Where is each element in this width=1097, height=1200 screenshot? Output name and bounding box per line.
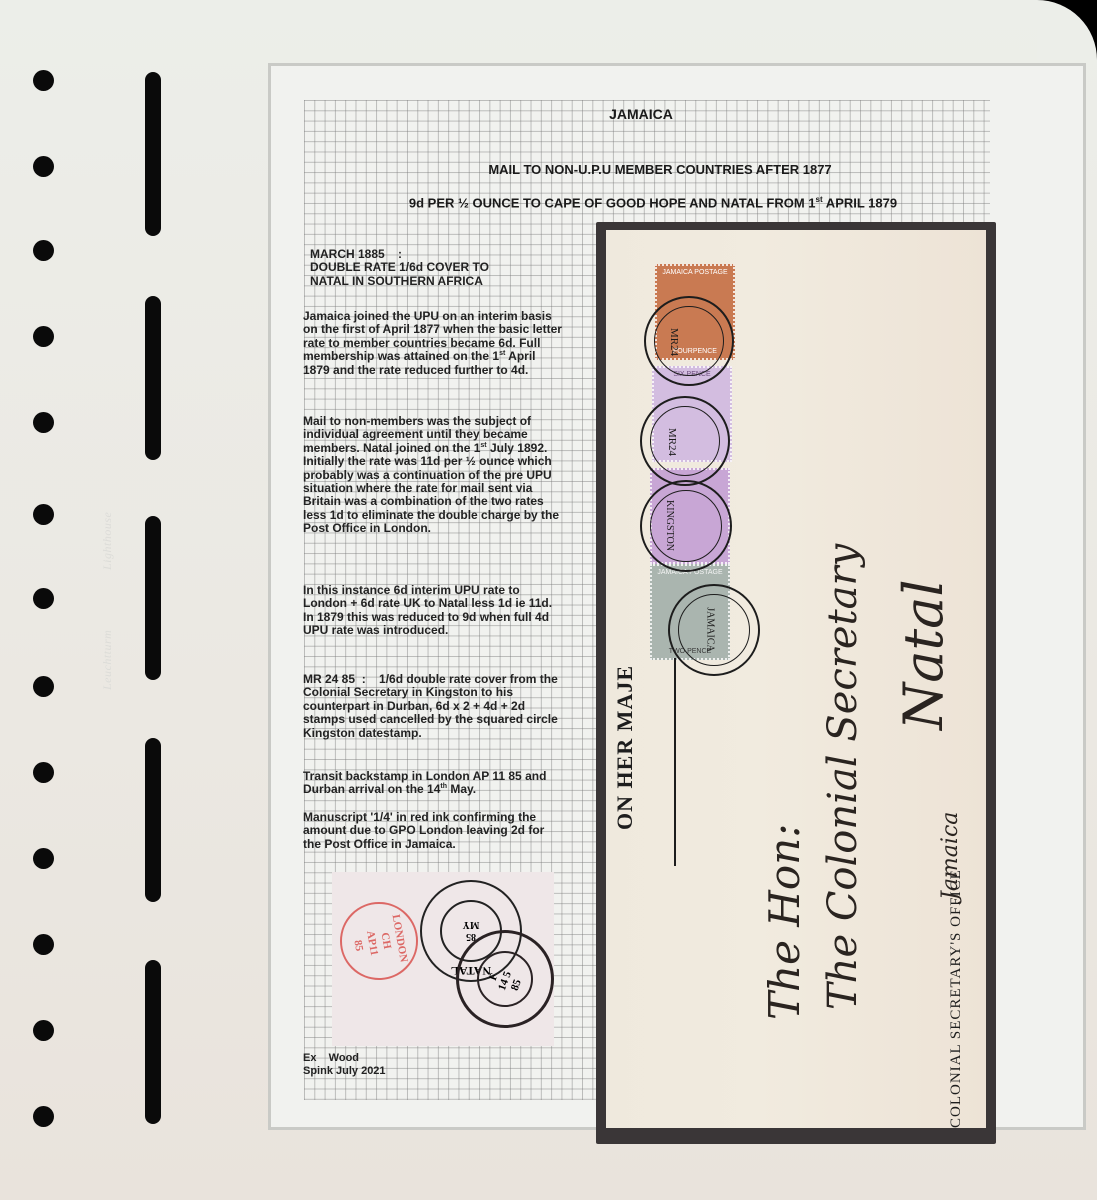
writeup-paragraph-rate: In this instance 6d interim UPU rate to … [303,584,563,638]
watermark-leuchtturm: Leuchtturm [100,630,115,690]
manuscript-address-line3: Natal [892,579,955,730]
para5-text: Transit backstamp in London AP 11 85 and… [303,769,546,796]
cover-imprint-colonial-secretary: COLONIAL SECRETARY'S OFFICE [948,869,965,1128]
binder-hole [33,326,54,347]
kingston-squared-circle-cancel: MR24 [644,296,734,386]
kingston-squared-circle-cancel: MR24 [640,396,730,486]
binder-hole [33,934,54,955]
natal-pm-month: MY [422,918,520,930]
manuscript-address-line1: The Hon: [760,824,809,1020]
binder-slot [145,72,161,236]
rate-title-sup: st [816,195,823,204]
imprint-rule [674,658,676,866]
writeup-heading-date: MARCH 1885 : [310,248,570,261]
rate-title-text-end: APRIL 1879 [823,195,897,210]
provenance: Ex Wood Spink July 2021 [303,1052,563,1078]
binder-hole [33,1106,54,1127]
binder-hole [33,848,54,869]
binder-slot [145,296,161,460]
writeup-heading-line2: DOUBLE RATE 1/6d COVER TO [310,261,570,274]
rate-title-text: 9d PER ½ OUNCE TO CAPE OF GOOD HOPE AND … [409,195,816,210]
binder-slot [145,516,161,680]
manuscript-sender: Jamaica [938,812,963,900]
binder-hole [33,240,54,261]
backstamp-photo: LONDON CH AP11 85 NATAL 85 MY F 14 5 85 [332,872,554,1046]
cover-imprint-ohms: ON HER MAJE [612,665,638,830]
page-corner [1037,0,1097,60]
album-page: Lighthouse Leuchtturm JAMAICA MAIL TO NO… [0,0,1097,1200]
binder-hole [33,762,54,783]
writeup-paragraph-transit: Transit backstamp in London AP 11 85 and… [303,770,563,797]
provenance-ex: Ex Wood [303,1052,563,1065]
writeup-paragraph-upu: Jamaica joined the UPU on an interim bas… [303,310,563,377]
para2-text-end: July 1892. Initially the rate was 11d pe… [303,441,559,535]
binder-hole [33,156,54,177]
para5-text-end: May. [447,782,476,796]
kingston-squared-circle-cancel: JAMAICA [668,584,760,676]
durban-arrival-postmark: F 14 5 85 [456,930,554,1028]
binder-hole [33,70,54,91]
section-title: MAIL TO NON-U.P.U MEMBER COUNTRIES AFTER… [251,162,1069,177]
kingston-squared-circle-cancel: KINGSTON [640,480,732,572]
para5-sup: th [440,783,447,790]
binder-hole [33,412,54,433]
binder-slot [145,738,161,902]
provenance-auction: Spink July 2021 [303,1065,563,1078]
london-transit-postmark: LONDON CH AP11 85 [340,902,418,980]
binder-hole [33,676,54,697]
binder-slot [145,960,161,1124]
writeup-heading: MARCH 1885 : DOUBLE RATE 1/6d COVER TO N… [310,248,570,288]
cancel-date: MR24 [668,328,680,356]
binder-hole [33,1020,54,1041]
writeup-paragraph-non-members: Mail to non-members was the subject of i… [303,415,563,536]
writeup-heading-line3: NATAL IN SOUTHERN AFRICA [310,275,570,288]
writeup-paragraph-cover: MR 24 85 : 1/6d double rate cover from t… [303,673,563,740]
binder-hole [33,588,54,609]
watermark-lighthouse: Lighthouse [100,512,115,570]
writeup-paragraph-manuscript: Manuscript '1/4' in red ink confirming t… [303,811,563,851]
country-title: JAMAICA [232,106,1050,122]
binder-hole [33,504,54,525]
manuscript-address-line2: The Colonial Secretary [820,544,866,1010]
rate-title: 9d PER ½ OUNCE TO CAPE OF GOOD HOPE AND … [244,195,1062,210]
